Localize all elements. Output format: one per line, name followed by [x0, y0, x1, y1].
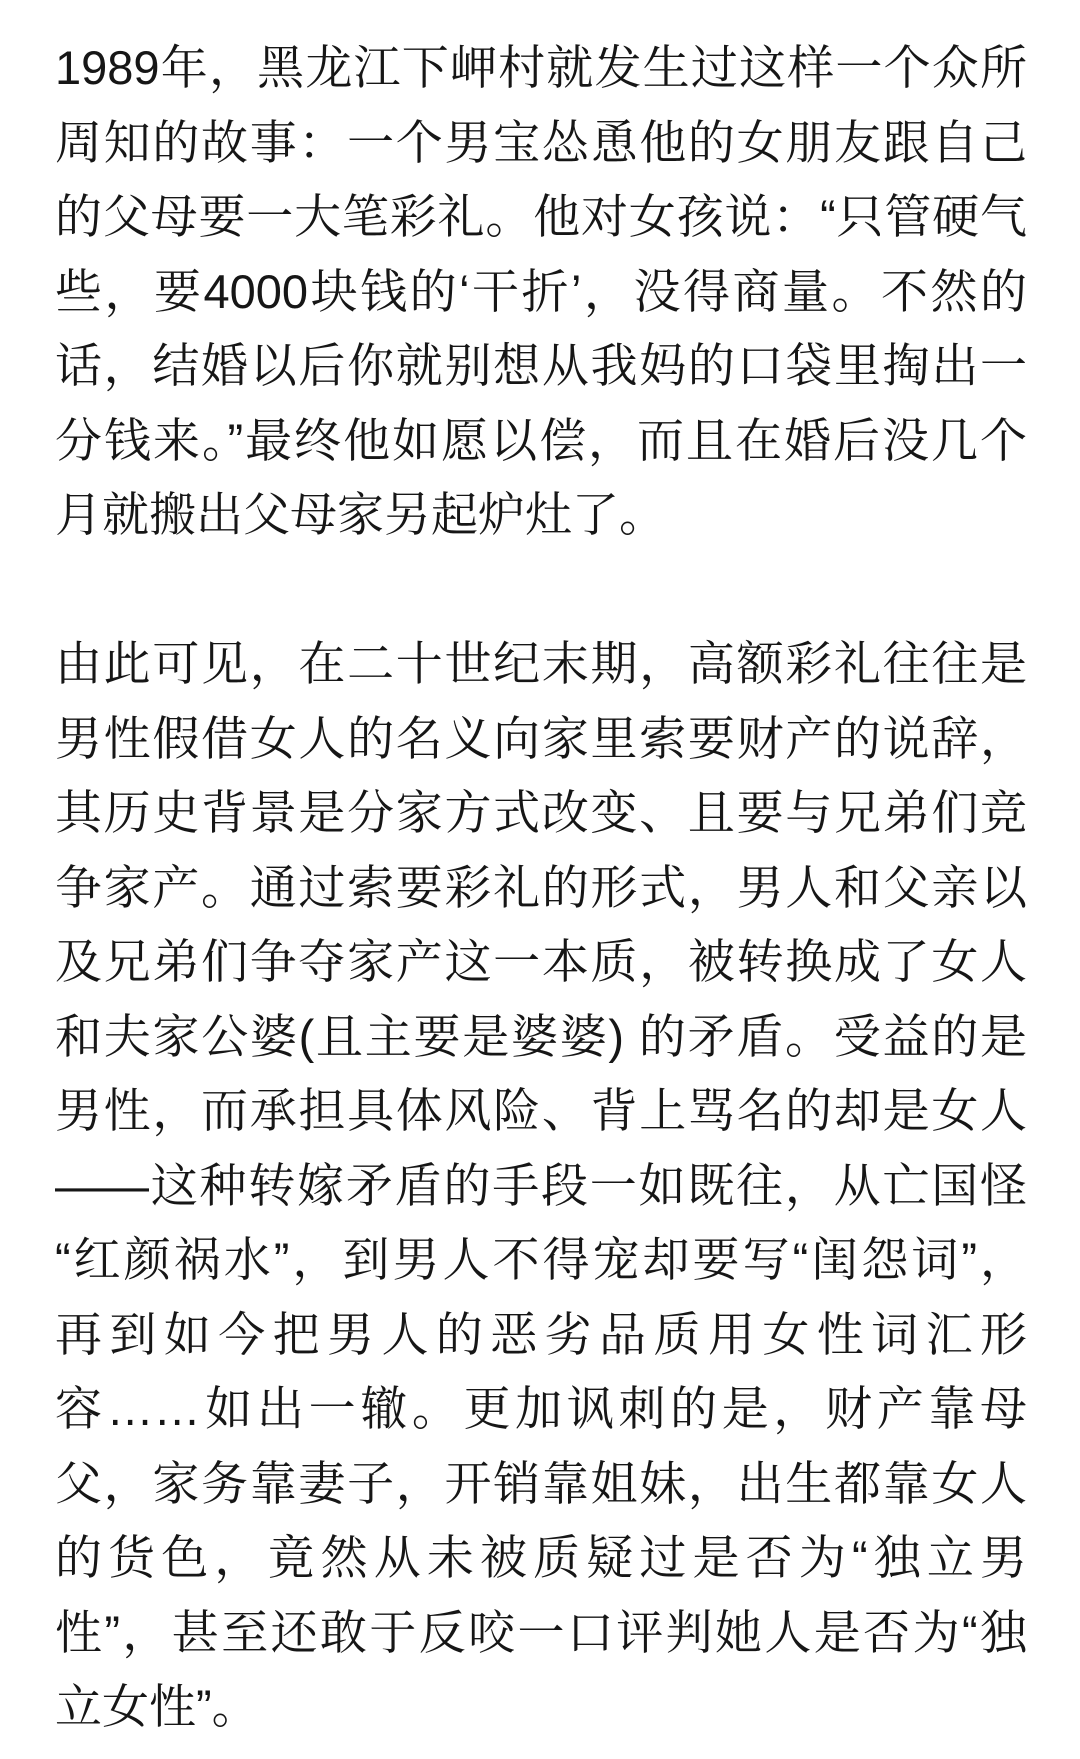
text-line: 些，要4000块钱的‘干折’，没得商量。不然的	[55, 255, 1027, 330]
text-line: 再到如今把男人的恶劣品质用女性词汇形	[55, 1298, 1027, 1373]
text-line: 争家产。通过索要彩礼的形式，男人和父亲以	[55, 851, 1027, 926]
text-line: “红颜祸水”，到男人不得宠却要写“闺怨词”，	[55, 1223, 1027, 1298]
text-line: 和夫家公婆(且主要是婆婆) 的矛盾。受益的是	[55, 1000, 1027, 1075]
text-line: ——这种转嫁矛盾的手段一如既往，从亡国怪	[55, 1149, 1027, 1224]
paragraph-1: 1989年，黑龙江下岬村就发生过这样一个众所周知的故事：一个男宝怂恿他的女朋友跟…	[55, 31, 1027, 553]
text-line: 分钱来。”最终他如愿以偿，而且在婚后没几个	[55, 404, 1027, 479]
article-text: 1989年，黑龙江下岬村就发生过这样一个众所周知的故事：一个男宝怂恿他的女朋友跟…	[0, 0, 1080, 1745]
text-line: 的父母要一大笔彩礼。他对女孩说：“只管硬气	[55, 180, 1027, 255]
text-line: 1989年，黑龙江下岬村就发生过这样一个众所	[55, 31, 1027, 106]
text-line: 男性假借女人的名义向家里索要财产的说辞，	[55, 702, 1027, 777]
text-line: 容……如出一辙。更加讽刺的是，财产靠母	[55, 1372, 1027, 1447]
paragraph-2: 由此可见，在二十世纪末期，高额彩礼往往是男性假借女人的名义向家里索要财产的说辞，…	[55, 627, 1027, 1745]
text-line: 父，家务靠妻子，开销靠姐妹，出生都靠女人	[55, 1447, 1027, 1522]
text-line: 及兄弟们争夺家产这一本质，被转换成了女人	[55, 925, 1027, 1000]
text-line: 由此可见，在二十世纪末期，高额彩礼往往是	[55, 627, 1027, 702]
text-line: 周知的故事：一个男宝怂恿他的女朋友跟自己	[55, 106, 1027, 181]
text-line: 立女性”。	[55, 1670, 1027, 1745]
text-line: 月就搬出父母家另起炉灶了。	[55, 478, 1027, 553]
text-line: 男性，而承担具体风险、背上骂名的却是女人	[55, 1074, 1027, 1149]
text-line: 性”，甚至还敢于反咬一口评判她人是否为“独	[55, 1596, 1027, 1671]
text-line: 话，结婚以后你就别想从我妈的口袋里掏出一	[55, 329, 1027, 404]
text-line: 其历史背景是分家方式改变、且要与兄弟们竞	[55, 776, 1027, 851]
text-line: 的货色，竟然从未被质疑过是否为“独立男	[55, 1521, 1027, 1596]
